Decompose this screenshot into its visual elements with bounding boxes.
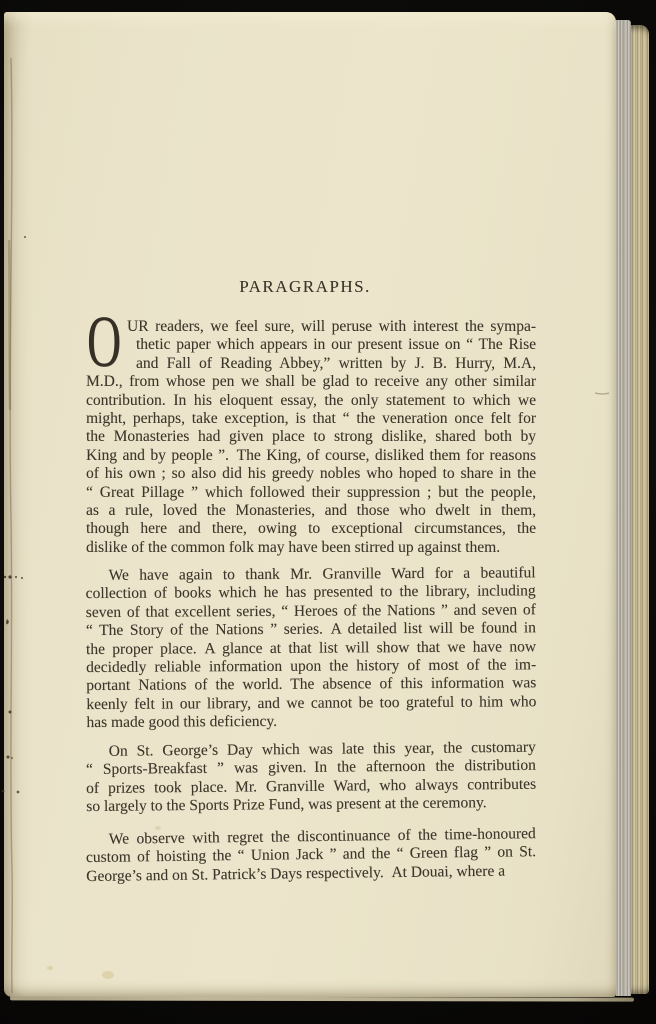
page-edge-stack-tan: [631, 25, 649, 994]
paragraph: On St. George’s Day which was late this …: [86, 739, 537, 817]
page-title: PARAGRAPHS.: [80, 277, 530, 297]
paragraph: UR readers, we feel sure, will peruse wi…: [86, 318, 536, 557]
page-edge-stack-gray: [616, 20, 631, 996]
text-line: might, perhaps, take exception, is that …: [86, 410, 536, 428]
text-line: of his own ; so also did his greedy nobl…: [86, 465, 536, 483]
text-line: King and by people ”. The King, of cours…: [86, 447, 536, 465]
text-line: contribution. In his eloquent essay, the…: [86, 392, 536, 410]
page-bottom-edge: [10, 996, 634, 1001]
text-line: though here and there, owing to exceptio…: [86, 520, 536, 538]
paragraphs-block: UR readers, we feel sure, will peruse wi…: [86, 318, 536, 886]
page-content: PARAGRAPHS. O UR readers, we feel sure, …: [86, 277, 536, 886]
paragraph: We have again to thank Mr. Granville War…: [85, 565, 536, 733]
text-line: as a rule, loved the Monasteries, and th…: [86, 502, 536, 520]
text-line: thetic paper which appears in our presen…: [86, 336, 536, 354]
text-line: M.D., from whose pen we shall be glad to…: [86, 373, 536, 391]
text-line: UR readers, we feel sure, will peruse wi…: [86, 318, 536, 336]
text-line: so largely to the Sports Prize Fund, was…: [86, 794, 536, 817]
scan-frame: PARAGRAPHS. O UR readers, we feel sure, …: [0, 0, 656, 1024]
text-line: and Fall of Reading Abbey,” written by J…: [86, 355, 536, 373]
text-line: “ Great Pillage ” which followed their s…: [86, 484, 536, 502]
paragraph: We observe with regret the discontinuanc…: [86, 825, 537, 886]
text-line: dislike of the common folk may have been…: [86, 539, 536, 557]
text-line: keenly felt in our library, and we canno…: [86, 693, 536, 714]
text-line: the Monasteries had given place to stron…: [86, 428, 536, 446]
text-line: has made good this deficiency.: [86, 712, 536, 733]
